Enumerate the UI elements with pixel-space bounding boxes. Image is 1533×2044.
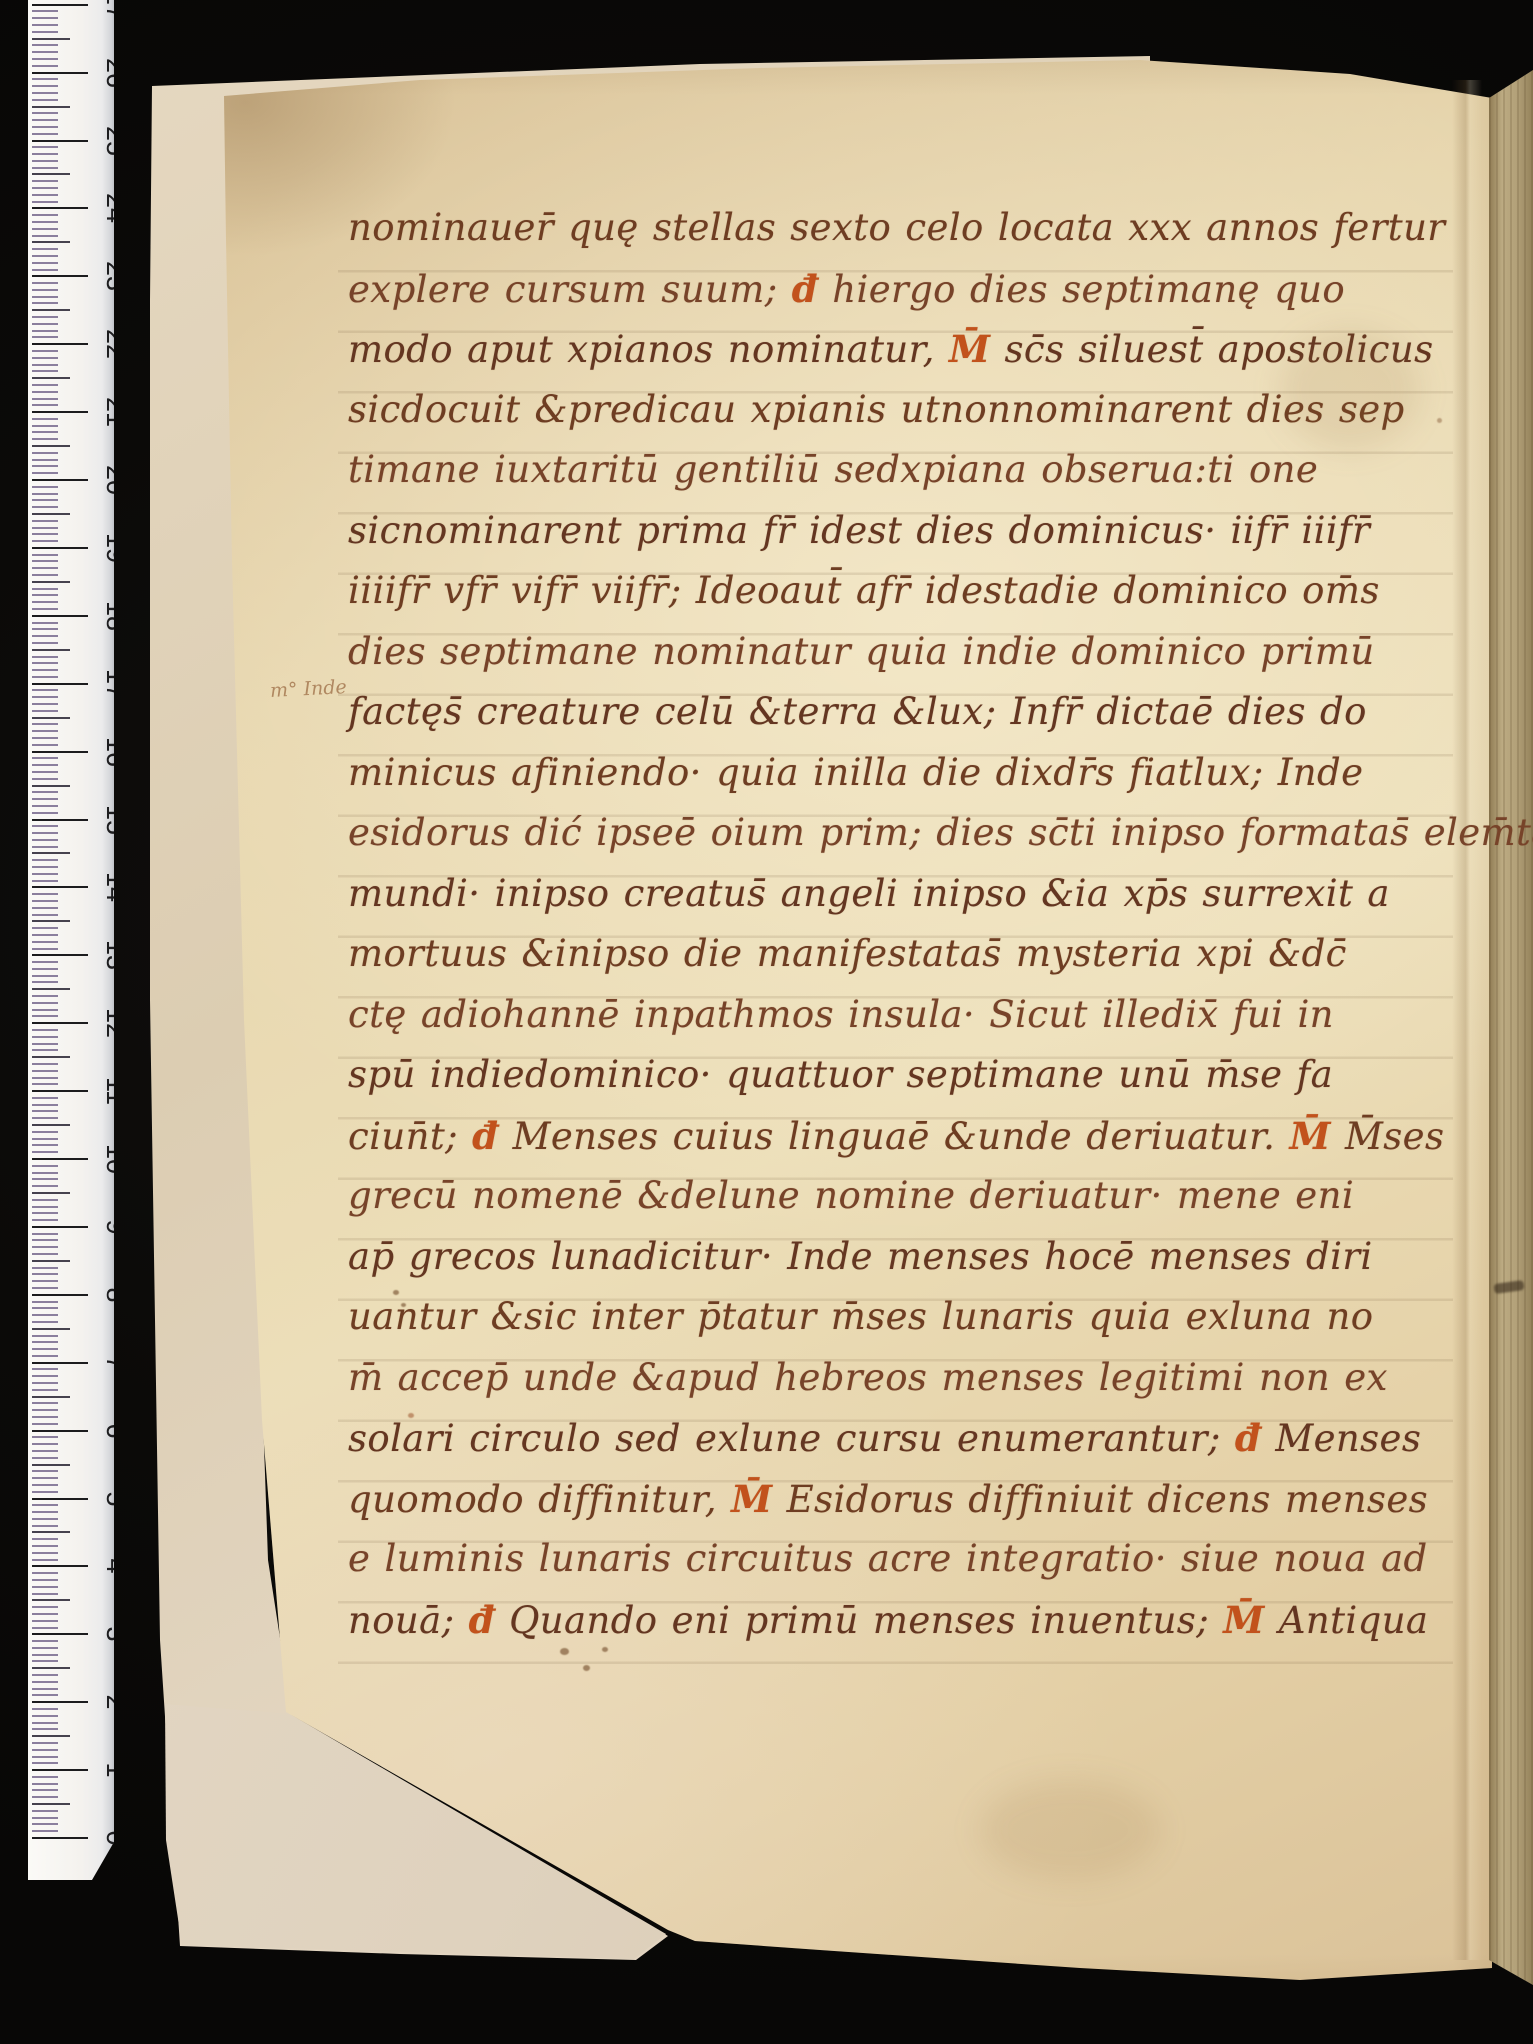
ruler-mm-tick [32,1586,58,1588]
ruler-cm-tick [32,1158,88,1160]
ink-spot [408,1413,414,1418]
ruler-mm-tick [32,1538,58,1540]
manuscript-line: nouā; đ Quando eni primū menses inuentus… [348,1590,1473,1651]
ruler-mm-tick [32,717,70,719]
manuscript-line: ciun̄t; đ Menses cuius linguaē &unde der… [348,1106,1473,1167]
ruler-mm-tick [32,1620,58,1622]
ruler-mm-tick [32,778,58,780]
ruler-mm-tick [32,1335,58,1337]
ruler-mm-tick [32,941,58,943]
ruler-mm-tick [32,981,58,983]
ruler-mm-tick [32,791,58,793]
ruler-mm-tick [32,1131,58,1133]
ruler-mm-tick [32,201,58,203]
ruler-mm-tick [32,1606,58,1608]
ink-spot [583,1665,590,1671]
ruler-mm-tick [32,472,58,474]
ruler-mm-tick [32,1457,58,1459]
ruler-mm-tick [32,934,58,936]
binding-gutter-edge [1489,70,1533,1985]
ruler-mm-tick [32,1756,58,1758]
ruler-mm-tick [32,465,58,467]
ruler-mm-tick [32,180,58,182]
ruler-mm-tick [32,764,58,766]
ruler-mm-tick [32,1484,58,1486]
ruler-mm-tick [32,567,58,569]
manuscript-line: e luminis lunaris circuitus acre integra… [348,1529,1473,1590]
ruler-mm-tick [32,1491,58,1493]
ruler-mm-tick [32,1097,58,1099]
ruler-mm-tick [32,914,58,916]
ruler-mm-tick [32,744,58,746]
ruler-mm-tick [32,710,58,712]
ruler-cm-tick [32,4,88,6]
ruler-mm-tick [32,1423,58,1425]
ruler-mm-tick [32,1029,58,1031]
ruler-mm-tick [32,1504,58,1506]
ruler-mm-tick [32,1640,58,1642]
ruler-mm-tick [32,1083,58,1085]
ruler-mm-tick [32,255,58,257]
ruler-mm-tick [32,78,58,80]
ruler-mm-tick [32,146,58,148]
ruler-mm-tick [32,1749,58,1751]
rubric-letter: M̄ [1289,1114,1330,1158]
ruler-mm-tick [32,228,58,230]
ruler-cm-tick [32,819,88,821]
ruler-mm-tick [32,499,58,501]
ruler-mm-tick [32,1789,58,1791]
ruler-mm-tick [32,520,58,522]
ruler-cm-tick [32,954,88,956]
ruler-mm-tick [32,1776,58,1778]
ink-spot [602,1647,608,1652]
ruler-mm-tick [32,1660,58,1662]
ruler-mm-tick [32,126,58,128]
ruler-mm-tick [32,1518,58,1520]
ruler-mm-tick [32,1627,58,1629]
ruler-cm-tick [32,479,88,481]
ruler-mm-tick [32,988,70,990]
ruler-mm-tick [32,703,58,705]
ruler-mm-tick [32,527,58,529]
ruler-cm-tick [32,1633,88,1635]
ruler-mm-tick [32,99,58,101]
ruler-cm-tick [32,683,88,685]
ruler-mm-tick [32,316,58,318]
ruler-mm-tick [32,948,58,950]
ruler-cm-tick [32,1362,88,1364]
ruler-mm-tick [32,425,58,427]
ruler-mm-tick [32,1063,58,1065]
ruler-mm-tick [32,1545,58,1547]
ruler-mm-tick [32,1104,58,1106]
ruler-mm-tick [32,1165,58,1167]
ruler-mm-tick [32,574,58,576]
ruler-mm-tick [32,839,58,841]
ruler-mm-tick [32,1742,58,1744]
ruler-mm-tick [32,1341,58,1343]
ruler-mm-tick [32,669,58,671]
ruler-mm-tick [32,384,58,386]
ruler-mm-tick [32,642,58,644]
rubric-letter: đ [1235,1416,1261,1460]
ruler-mm-tick [32,1206,58,1208]
ruler-mm-tick [32,398,58,400]
manuscript-line: sicnominarent prima fr̄ idest dies domin… [348,501,1473,562]
ruler-mm-tick [32,1810,58,1812]
ruler-mm-tick [32,1762,58,1764]
ruler-mm-tick [32,676,58,678]
ruler-mm-tick [32,112,58,114]
ruler-mm-tick [32,1355,58,1357]
ruler-mm-tick [32,1525,58,1527]
ruler-mm-tick [32,1280,58,1282]
ruler-mm-tick [32,1219,58,1221]
ruler-mm-tick [32,1708,58,1710]
ruler-mm-tick [32,723,58,725]
ruler-mm-tick [32,262,58,264]
ruler-mm-tick [32,1287,58,1289]
ruler-mm-tick [32,167,58,169]
manuscript-line: iiiifr̄ vfr̄ vifr̄ viifr̄; Ideoaut̄ afr̄… [348,561,1473,622]
ruler-mm-tick [32,1402,58,1404]
ruler-mm-tick [32,1199,58,1201]
ruler-mm-tick [32,65,58,67]
ruler-mm-tick [32,289,58,291]
ruler-mm-tick [32,51,58,53]
ruler-mm-tick [32,445,70,447]
rubric-letter: M̄ [731,1477,772,1521]
ruler-cm-tick [32,1226,88,1228]
ruler-mm-tick [32,221,58,223]
ruler-mm-tick [32,282,58,284]
ruler-mm-tick [32,1260,70,1262]
ruler-mm-tick [32,1722,58,1724]
ruler-mm-tick [32,594,58,596]
ruler-mm-tick [32,1314,58,1316]
manuscript-line: uantur &sic inter p̄tatur m̄ses lunaris … [348,1287,1473,1348]
ruler-cm-tick [32,1090,88,1092]
ruler-mm-tick [32,506,58,508]
ruler-mm-tick [32,1803,70,1805]
ruler-mm-tick [32,907,58,909]
ruler-mm-tick [32,296,58,298]
ruler-mm-tick [32,1796,58,1798]
ruler-mm-tick [32,1382,58,1384]
ruler-mm-tick [32,38,70,40]
ruler-cm-tick [32,343,88,345]
ruler-mm-tick [32,1450,58,1452]
ruler-mm-tick [32,336,58,338]
ruler-mm-tick [32,880,58,882]
ruler-mm-tick [32,1572,58,1574]
manuscript-line: ap̄ grecos lunadicitur· Inde menses hocē… [348,1227,1473,1288]
ruler-mm-tick [32,798,58,800]
manuscript-line: esidorus dić ipseē oium prim; dies sc̄ti… [348,803,1473,864]
manuscript-line: solari circulo sed exlune cursu enumeran… [348,1408,1473,1469]
rubric-letter: M̄ [949,327,990,371]
ruler-mm-tick [32,581,70,583]
ruler-mm-tick [32,1212,58,1214]
ruler-mm-tick [32,370,58,372]
ruler-mm-tick [32,391,58,393]
ruler-mm-tick [32,588,58,590]
ruler-mm-tick [32,533,58,535]
ruler-mm-tick [32,1233,58,1235]
ruler-mm-tick [32,364,58,366]
ruler-mm-tick [32,187,58,189]
ruler-mm-tick [32,635,58,637]
ruler-mm-tick [32,1511,58,1513]
ruler-mm-tick [32,622,58,624]
ruler-mm-tick [32,17,58,19]
ruler-mm-tick [32,269,58,271]
ruler-mm-tick [32,873,58,875]
ruler-mm-tick [32,1239,58,1241]
ruler-mm-tick [32,357,58,359]
ruler-mm-tick [32,1185,58,1187]
ruler-mm-tick [32,1253,58,1255]
ruler-mm-tick [32,608,58,610]
ruler-mm-tick [32,1728,58,1730]
ruler-mm-tick [32,757,58,759]
ruler-mm-tick [32,173,70,175]
ruler-mm-tick [32,560,58,562]
ruler-mm-tick [32,628,58,630]
ruler-mm-tick [32,1613,58,1615]
ruler-mm-tick [32,1477,58,1479]
ruler-mm-tick [32,656,58,658]
ruler-mm-tick [32,404,58,406]
ruler-mm-tick [32,1192,70,1194]
ruler-mm-tick [32,1009,58,1011]
ruler-mm-tick [32,1593,58,1595]
ruler-mm-tick [32,1368,58,1370]
ruler-mm-tick [32,119,58,121]
ruler-mm-tick [32,194,58,196]
ruler-mm-tick [32,1396,70,1398]
ruler-mm-tick [32,248,58,250]
rubric-letter: đ [472,1114,498,1158]
ruler-mm-tick [32,377,70,379]
ruler-mm-tick [32,1681,58,1683]
ruler-mm-tick [32,1715,58,1717]
ruler-mm-tick [32,10,58,12]
ruler-mm-tick [32,1389,58,1391]
ruler-mm-tick [32,1559,58,1561]
ruler-cm-tick [32,1430,88,1432]
ruler-mm-tick [32,859,58,861]
ruler-cm-tick [32,547,88,549]
ruler-mm-tick [32,459,58,461]
ruler-cm-tick [32,207,88,209]
ruler-mm-tick [32,1470,58,1472]
ruler-mm-tick [32,1328,70,1330]
manuscript-line: timane iuxtaritū gentiliū sedxpiana obse… [348,440,1473,501]
ruler-mm-tick [32,1110,58,1112]
ruler-mm-tick [32,540,58,542]
manuscript-line: explere cursum suum; đ hiergo dies septi… [348,259,1473,320]
ruler-mm-tick [32,1599,70,1601]
ruler-mm-tick [32,486,58,488]
ruler-mm-tick [32,1579,58,1581]
ruler-mm-tick [32,85,58,87]
manuscript-line: ctę adiohannē inpathmos insula· Sicut il… [348,985,1473,1046]
ruler-mm-tick [32,1036,58,1038]
ruler-mm-tick [32,1015,58,1017]
ruler-mm-tick [32,1049,58,1051]
ruler-mm-tick [32,825,58,827]
ruler-mm-tick [32,1070,58,1072]
ruler-mm-tick [32,961,58,963]
ruler-mm-tick [32,1735,70,1737]
ruler-mm-tick [32,153,58,155]
ruler-mm-tick [32,785,70,787]
ruler-mm-tick [32,1416,58,1418]
ruler-cm-tick [32,1837,88,1839]
ruler-mm-tick [32,350,58,352]
rubric-letter: đ [792,267,818,311]
ruler-mm-tick [32,927,58,929]
ruler-mm-tick [32,1321,58,1323]
ink-spot [560,1648,569,1655]
ruler-mm-tick [32,92,58,94]
ruler-mm-tick [32,554,58,556]
ruler-mm-tick [32,1301,58,1303]
ruler-mm-tick [32,1307,58,1309]
manuscript-line: factęs̄ creature celū &terra &lux; Infr̄… [348,682,1473,743]
ruler-cm-tick [32,411,88,413]
ruler-mm-tick [32,1138,58,1140]
manuscript-line: minicus afiniendo· quia inilla die dixdr… [348,743,1473,804]
ruler-mm-tick [32,846,58,848]
ruler-mm-tick [32,696,58,698]
ruler-mm-tick [32,1246,58,1248]
ruler-mm-tick [32,1443,58,1445]
ruler-mm-tick [32,1823,58,1825]
ruler-mm-tick [32,1783,58,1785]
manuscript-line: mundi· inipso creatus̄ angeli inipso &ia… [348,864,1473,925]
ruler-cm-tick [32,1701,88,1703]
ruler-mm-tick [32,31,58,33]
ruler-cm-tick [32,140,88,142]
ruler-mm-tick [32,1178,58,1180]
ruler-mm-tick [32,493,58,495]
ruler-mm-tick [32,812,58,814]
ruler-cm-tick [32,1022,88,1024]
manuscript-line: grecū nomenē &delune nomine deriuatur· m… [348,1166,1473,1227]
ruler-mm-tick [32,995,58,997]
ruler-mm-tick [32,730,58,732]
ruler-cm-tick [32,1565,88,1567]
ruler-mm-tick [32,689,58,691]
ink-spot [393,1290,399,1295]
manuscript-line: mortuus &inipso die manifestatas̄ myster… [348,924,1473,985]
ruler-mm-tick [32,866,58,868]
ink-spot [401,1303,406,1307]
ruler-mm-tick [32,452,58,454]
ruler-mm-tick [32,1654,58,1656]
ruler-mm-tick [32,513,70,515]
manuscript-line: nominauer̄ quę stellas sexto celo locata… [348,198,1473,259]
ruler-mm-tick [32,241,70,243]
ruler-mm-tick [32,805,58,807]
ruler-mm-tick [32,323,58,325]
ruler-mm-tick [32,44,58,46]
ruler-mm-tick [32,1267,58,1269]
ruler-mm-tick [32,1688,58,1690]
ruler-mm-tick [32,58,58,60]
ruler-mm-tick [32,1043,58,1045]
ruler-mm-tick [32,1056,70,1058]
ruler-cm-tick [32,1498,88,1500]
manuscript-line: m̄ accep̄ unde &apud hebreos menses legi… [348,1348,1473,1409]
parchment-stain [980,1780,1160,1880]
ruler-mm-tick [32,1002,58,1004]
ruler-mm-tick [32,330,58,332]
ruler-mm-tick [32,418,58,420]
ruler-mm-tick [32,1674,58,1676]
ruler-mm-tick [32,1144,58,1146]
ruler-mm-tick [32,975,58,977]
ruler-mm-tick [32,1409,58,1411]
ruler-mm-tick [32,1172,58,1174]
ruler-mm-tick [32,852,70,854]
ruler-mm-tick [32,737,58,739]
ruler-cm-tick [32,1769,88,1771]
ruler-mm-tick [32,1647,58,1649]
ruler-mm-tick [32,893,58,895]
ruler-mm-tick [32,601,58,603]
ruler-mm-tick [32,920,70,922]
ruler-mm-tick [32,1464,70,1466]
ruler-mm-tick [32,1667,70,1669]
ruler-cm-tick [32,615,88,617]
ruler-mm-tick [32,1436,58,1438]
ruler-mm-tick [32,1151,58,1153]
ruler-mm-tick [32,1273,58,1275]
ruler-mm-tick [32,438,58,440]
ruler-mm-tick [32,1375,58,1377]
ruler-mm-tick [32,1830,58,1832]
ruler-cm-tick [32,72,88,74]
parchment-stain [1280,330,1420,450]
ruler-mm-tick [32,302,58,304]
ruler-cm-tick [32,751,88,753]
ruler-mm-tick [32,214,58,216]
ruler-cm-tick [32,886,88,888]
ruler-mm-tick [32,160,58,162]
ink-spot [1437,418,1442,423]
marginal-gloss: m° Inde [269,676,347,702]
ruler-mm-tick [32,1817,58,1819]
ruler-mm-tick [32,431,58,433]
ruler-mm-tick [32,1117,58,1119]
manuscript-line: quomodo diffinitur, M̄ Esidorus diffiniu… [348,1469,1473,1530]
ruler-mm-tick [32,24,58,26]
rubric-letter: M̄ [1223,1598,1264,1642]
ruler-mm-tick [32,1124,70,1126]
ruler-mm-tick [32,649,70,651]
ruler-mm-tick [32,1531,70,1533]
ruler-mm-tick [32,662,58,664]
ruler-mm-tick [32,106,70,108]
ruler: 0123456789101112131415161718192021222324… [28,0,114,1882]
ruler-mm-tick [32,133,58,135]
ruler-cm-tick [32,275,88,277]
ruler-mm-tick [32,235,58,237]
